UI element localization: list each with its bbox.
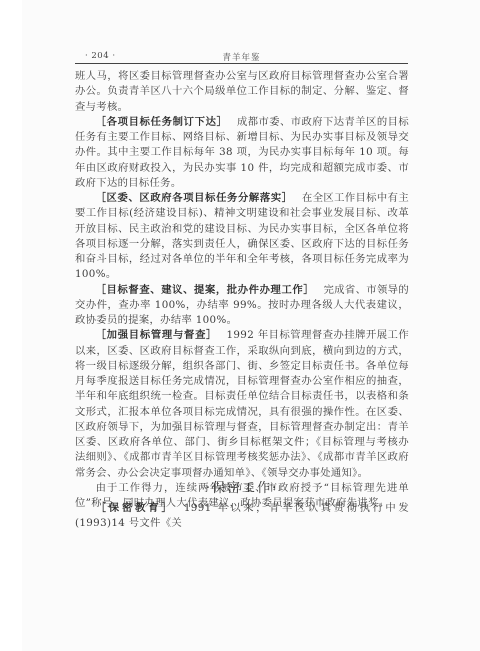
paragraph-supervision: ［目标督查、建议、提案，批办件办理工作］完成省、市领导的交办件，查办率 100%… xyxy=(75,283,409,329)
paragraph-continuation: 班人马，将区委目标管理督查办公室与区政府目标管理督查办公室合署办公。负责青羊区八… xyxy=(75,69,409,115)
running-header: · 204 · 青羊年鉴 xyxy=(75,50,408,64)
paragraph-confidentiality-education: ［保密教育］1991 年以来，青羊区认真贯彻执行中发(1993)14 号文件《关 xyxy=(75,501,409,532)
paragraph-lead: ［加强目标管理与督查］ xyxy=(96,329,218,341)
paragraph-management: ［加强目标管理与督查］1992 年目标管理督查办挂牌开展工作以来，区委、区政府目… xyxy=(75,328,409,481)
paragraph-lead: ［目标督查、建议、提案，批办件办理工作］ xyxy=(96,284,315,296)
paragraph-text: 1992 年目标管理督查办挂牌开展工作以来，区委、区政府目标督查工作，采取纵向到… xyxy=(75,329,409,478)
header-rule xyxy=(75,63,408,64)
paragraph-lead: ［区委、区政府各项目标任务分解落实］ xyxy=(96,192,293,204)
body-text: 班人马，将区委目标管理督查办公室与区政府目标管理督查办公室合署办公。负责青羊区八… xyxy=(75,69,409,511)
book-title: 青羊年鉴 xyxy=(75,51,408,63)
paragraph-lead: ［保密教育］ xyxy=(96,502,175,514)
section-heading: ·保密工作· xyxy=(75,477,409,496)
section-body: ［保密教育］1991 年以来，青羊区认真贯彻执行中发(1993)14 号文件《关 xyxy=(75,501,409,532)
paragraph-task-breakdown: ［区委、区政府各项目标任务分解落实］在全区工作目标中有主要工作目标(经济建设目标… xyxy=(75,191,409,283)
paragraph-lead: ［各项目标任务制订下达］ xyxy=(96,116,228,128)
paragraph-text: 班人马，将区委目标管理督查办公室与区政府目标管理督查办公室合署办公。负责青羊区八… xyxy=(75,70,409,113)
paragraph-target-tasks: ［各项目标任务制订下达］成都市委、市政府下达青羊区的目标任务有主要工作目标、网络… xyxy=(75,115,409,191)
paragraph-text: 在全区工作目标中有主要工作目标(经济建设目标)、精神文明建设和社会事业发展目标、… xyxy=(75,192,409,280)
